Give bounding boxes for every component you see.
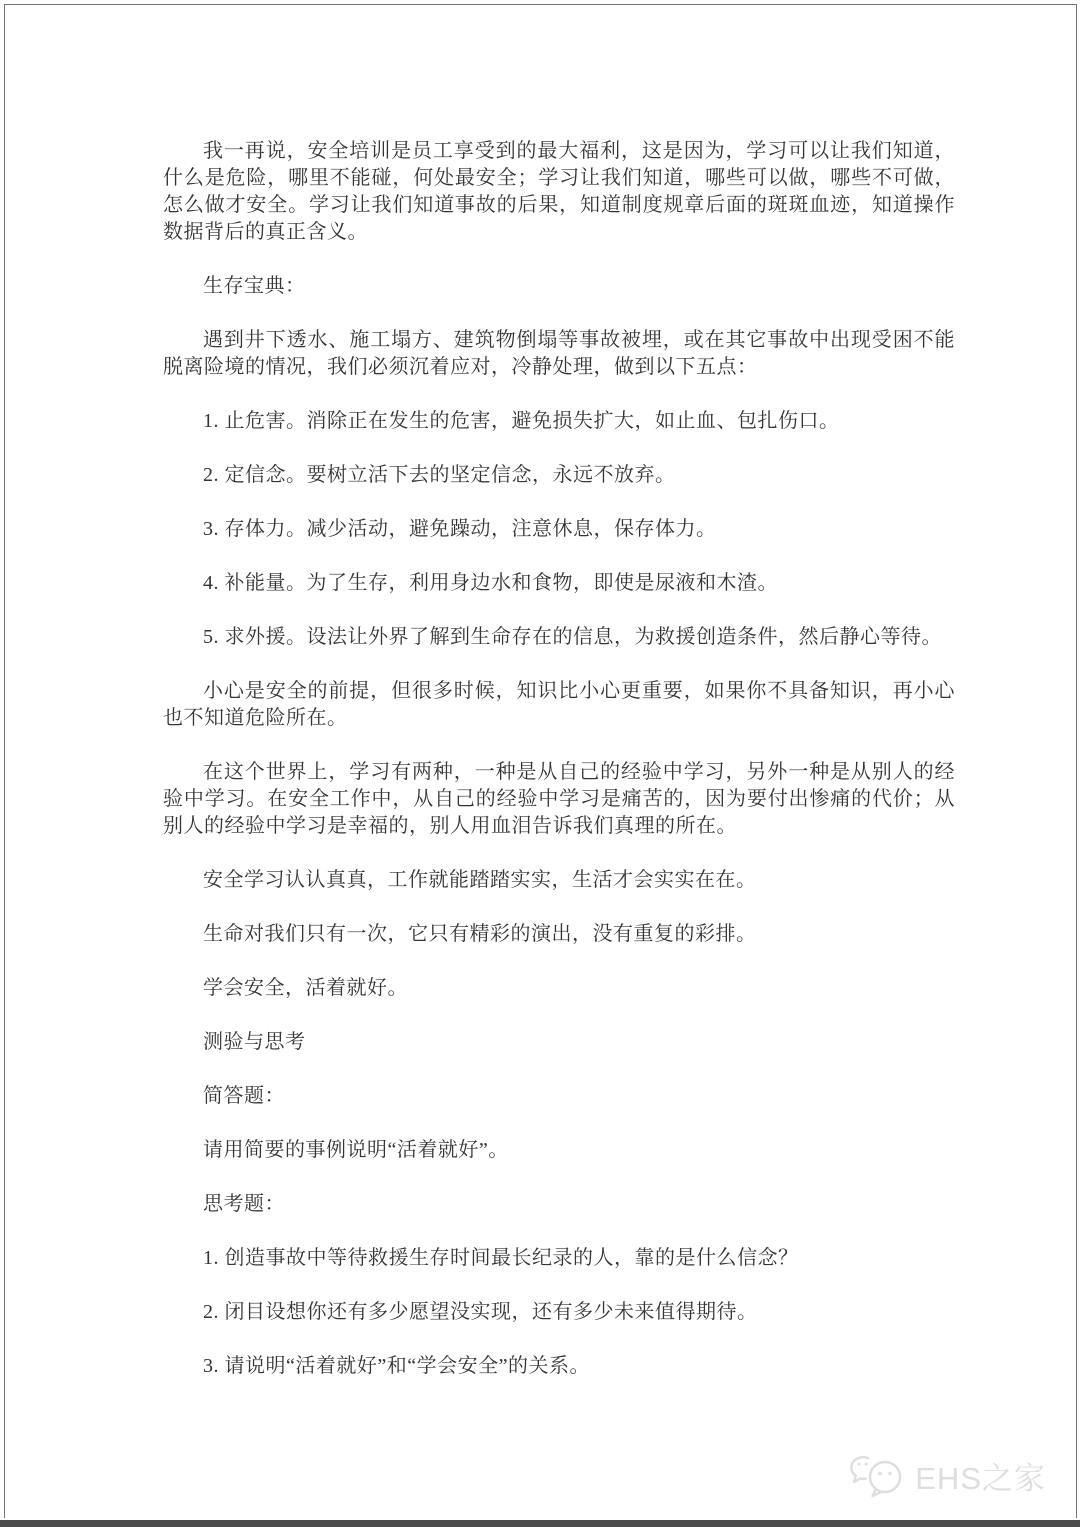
safety-learning-paragraph: 安全学习认认真真，工作就能踏踏实实，生活才会实实在在。	[163, 867, 955, 894]
quiz-and-reflection-heading: 测验与思考	[163, 1029, 955, 1056]
intro-paragraph: 我一再说，安全培训是员工享受到的最大福利，这是因为，学习可以让我们知道，什么是危…	[163, 138, 955, 246]
survival-step-1: 1. 止危害。消除正在发生的危害，避免损失扩大，如止血、包扎伤口。	[163, 408, 955, 435]
document-content: 我一再说，安全培训是员工享受到的最大福利，这是因为，学习可以让我们知道，什么是危…	[163, 138, 955, 1407]
wechat-logo-icon	[847, 1451, 909, 1499]
survival-intro-paragraph: 遇到井下透水、施工塌方、建筑物倒塌等事故被埋，或在其它事故中出现受困不能脱离险境…	[163, 327, 955, 381]
watermark-text: EHS之家	[915, 1453, 1046, 1498]
survival-step-5: 5. 求外援。设法让外界了解到生命存在的信息，为救援创造条件，然后静心等待。	[163, 624, 955, 651]
learning-paragraph: 在这个世界上，学习有两种，一种是从自己的经验中学习，另外一种是从别人的经验中学习…	[163, 759, 955, 840]
watermark: EHS之家	[847, 1451, 1046, 1499]
survival-step-3: 3. 存体力。减少活动，避免躁动，注意休息，保存体力。	[163, 516, 955, 543]
reflection-question-1: 1. 创造事故中等待救援生存时间最长纪录的人，靠的是什么信念？	[163, 1245, 955, 1272]
reflection-question-3: 3. 请说明“活着就好”和“学会安全”的关系。	[163, 1353, 955, 1380]
short-answer-question: 请用简要的事例说明“活着就好”。	[163, 1137, 955, 1164]
learn-safety-paragraph: 学会安全，活着就好。	[163, 975, 955, 1002]
reflection-heading: 思考题：	[163, 1191, 955, 1218]
short-answer-heading: 简答题：	[163, 1083, 955, 1110]
life-once-paragraph: 生命对我们只有一次，它只有精彩的演出，没有重复的彩排。	[163, 921, 955, 948]
page-bottom-edge	[0, 1520, 1080, 1527]
survival-step-2: 2. 定信念。要树立活下去的坚定信念，永远不放弃。	[163, 462, 955, 489]
reflection-question-2: 2. 闭目设想你还有多少愿望没实现，还有多少未来值得期待。	[163, 1299, 955, 1326]
survival-guide-heading: 生存宝典：	[163, 273, 955, 300]
caution-paragraph: 小心是安全的前提，但很多时候，知识比小心更重要，如果你不具备知识，再小心也不知道…	[163, 678, 955, 732]
survival-step-4: 4. 补能量。为了生存，利用身边水和食物，即使是尿液和木渣。	[163, 570, 955, 597]
